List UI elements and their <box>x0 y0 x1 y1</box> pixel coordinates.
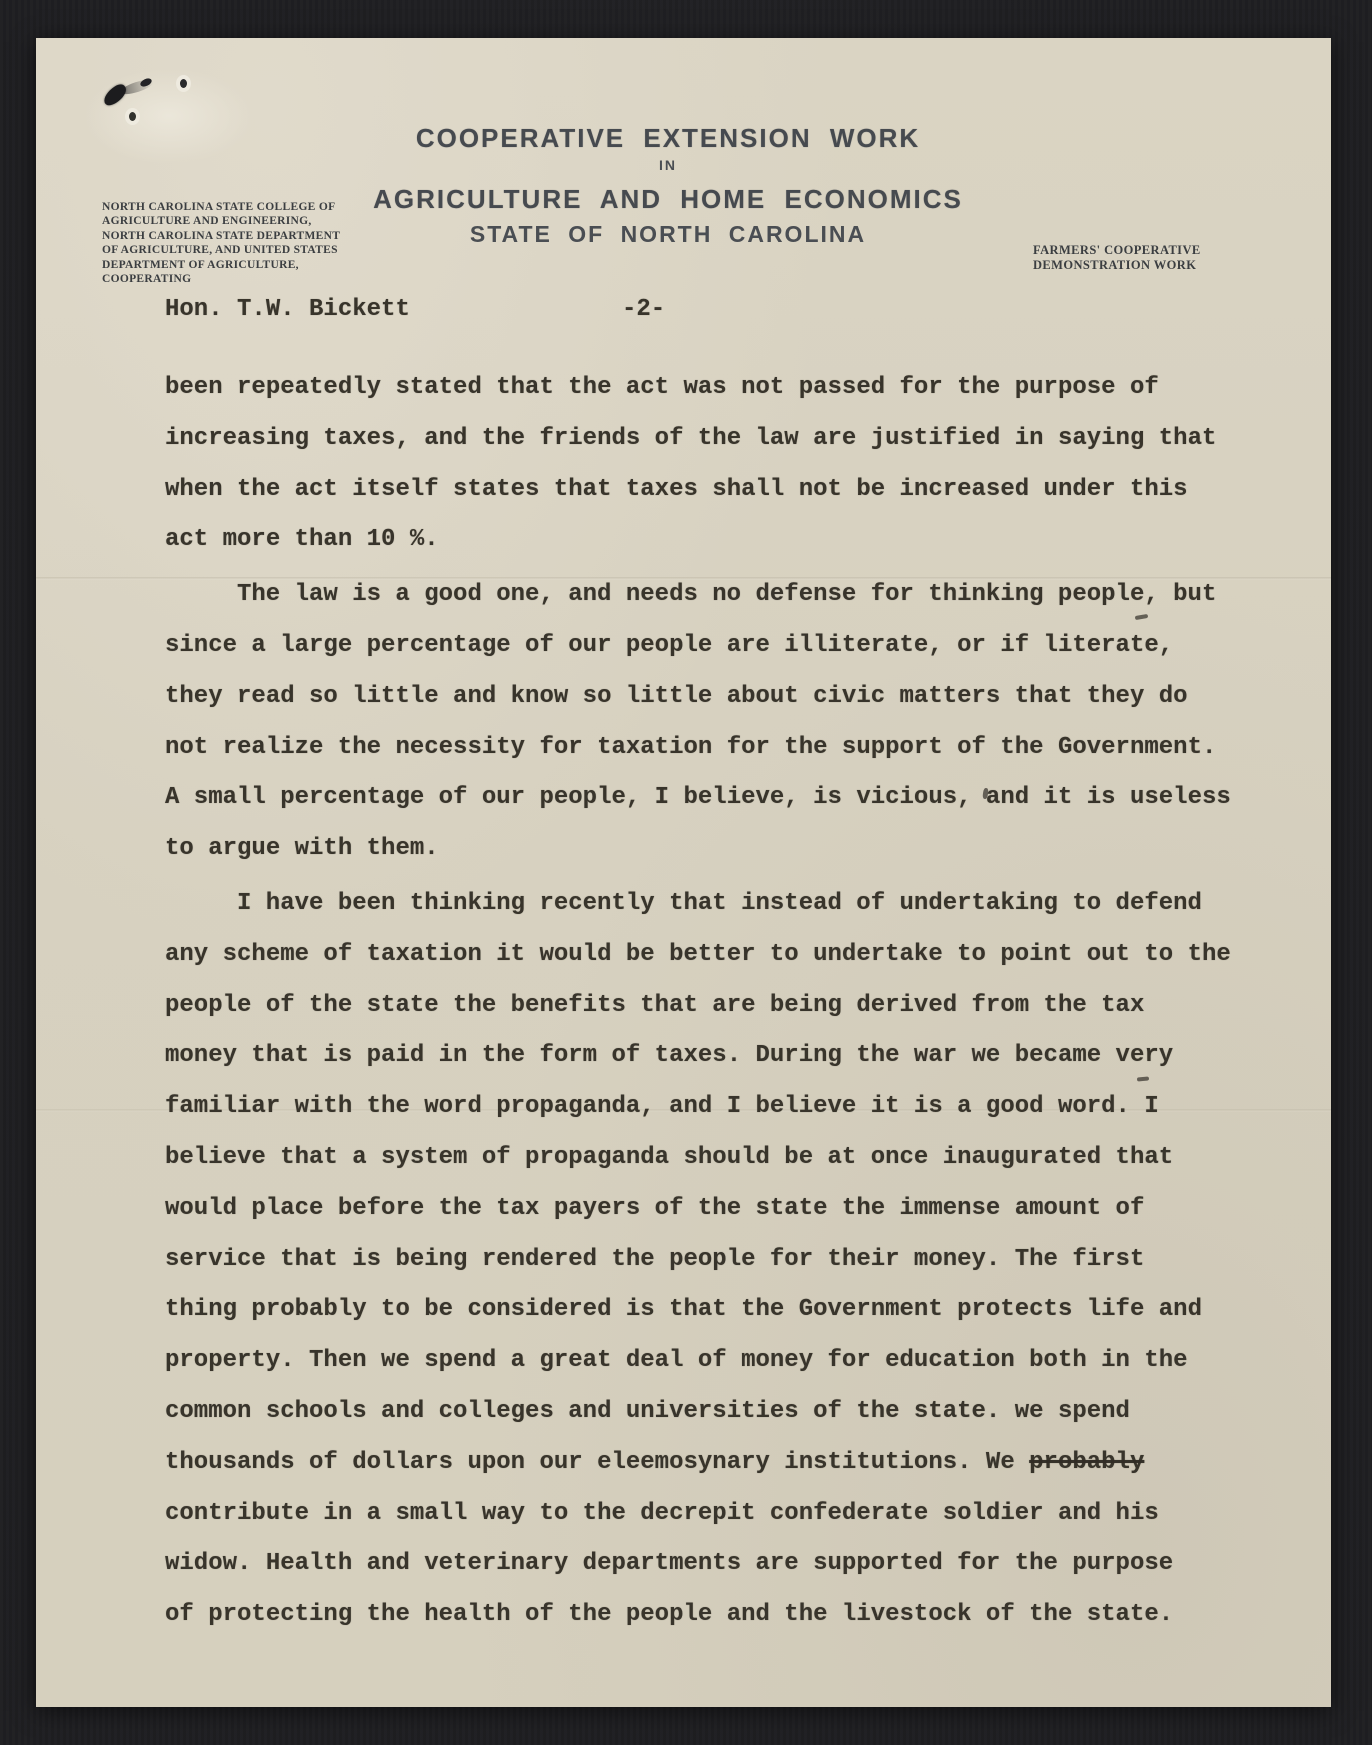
body-line: The law is a good one, and needs no defe… <box>165 581 1255 632</box>
body-line: thousands of dollars upon our eleemosyna… <box>165 1449 1255 1500</box>
body-line: familiar with the word propaganda, and I… <box>165 1093 1255 1144</box>
letter-body: been repeatedly stated that the act was … <box>165 374 1255 1652</box>
letter-paper: COOPERATIVE EXTENSION WORK IN AGRICULTUR… <box>36 38 1331 1707</box>
staple-hole <box>129 112 136 121</box>
addressee-line: Hon. T.W. Bickett <box>165 296 410 323</box>
body-line: they read so little and know so little a… <box>165 683 1255 734</box>
body-line: contribute in a small way to the decrepi… <box>165 1500 1255 1551</box>
body-line: to argue with them. <box>165 835 1255 886</box>
paragraph: The law is a good one, and needs no defe… <box>165 581 1255 886</box>
letterhead-subtitle-in: IN <box>36 157 1300 173</box>
letterhead-left-line: COOPERATING <box>102 272 340 286</box>
paragraph: I have been thinking recently that inste… <box>165 890 1255 1652</box>
body-line: I have been thinking recently that inste… <box>165 890 1255 941</box>
body-line: any scheme of taxation it would be bette… <box>165 941 1255 992</box>
body-line: A small percentage of our people, I beli… <box>165 784 1255 835</box>
body-line: service that is being rendered the peopl… <box>165 1246 1255 1297</box>
body-line: widow. Health and veterinary departments… <box>165 1550 1255 1601</box>
letterhead-right-line: FARMERS' COOPERATIVE <box>1033 243 1201 258</box>
letterhead-left-block: NORTH CAROLINA STATE COLLEGE OF AGRICULT… <box>102 200 340 286</box>
body-line: property. Then we spend a great deal of … <box>165 1347 1255 1398</box>
letterhead-left-line: DEPARTMENT OF AGRICULTURE, <box>102 258 340 272</box>
body-line: believe that a system of propaganda shou… <box>165 1144 1255 1195</box>
body-line: when the act itself states that taxes sh… <box>165 476 1255 527</box>
body-line: been repeatedly stated that the act was … <box>165 374 1255 425</box>
staple-hole <box>180 79 187 88</box>
body-line: increasing taxes, and the friends of the… <box>165 425 1255 476</box>
letterhead-right-block: FARMERS' COOPERATIVE DEMONSTRATION WORK <box>1033 243 1201 272</box>
struck-word: probably <box>1029 1449 1144 1476</box>
letterhead-right-line: DEMONSTRATION WORK <box>1033 258 1201 273</box>
paragraph: been repeatedly stated that the act was … <box>165 374 1255 577</box>
letterhead-title: COOPERATIVE EXTENSION WORK <box>36 123 1300 154</box>
page-number: -2- <box>622 296 665 323</box>
body-line: people of the state the benefits that ar… <box>165 992 1255 1043</box>
body-line: would place before the tax payers of the… <box>165 1195 1255 1246</box>
body-line: money that is paid in the form of taxes.… <box>165 1042 1255 1093</box>
letterhead-left-line: OF AGRICULTURE, AND UNITED STATES <box>102 243 340 257</box>
letterhead-left-line: NORTH CAROLINA STATE COLLEGE OF <box>102 200 340 214</box>
letterhead-left-line: NORTH CAROLINA STATE DEPARTMENT <box>102 229 340 243</box>
body-line: common schools and colleges and universi… <box>165 1398 1255 1449</box>
body-line: of protecting the health of the people a… <box>165 1601 1255 1652</box>
body-line: act more than 10 %. <box>165 526 1255 577</box>
letterhead-left-line: AGRICULTURE AND ENGINEERING, <box>102 214 340 228</box>
body-line: since a large percentage of our people a… <box>165 632 1255 683</box>
body-line: thing probably to be considered is that … <box>165 1296 1255 1347</box>
scanned-letter-page: { "letterhead": { "title_line1": "COOPER… <box>0 0 1372 1745</box>
body-line: not realize the necessity for taxation f… <box>165 734 1255 785</box>
